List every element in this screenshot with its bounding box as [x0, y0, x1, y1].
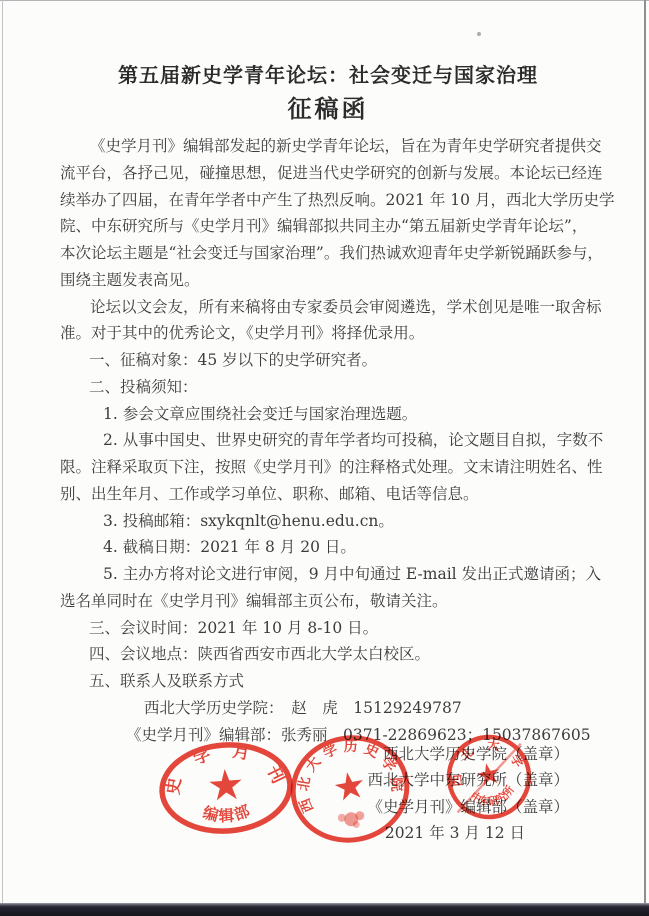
line-flush: 选名单同时在《史学月刊》编辑部主页公布，敬请关注。	[60, 588, 596, 615]
line-indent2: 论坛以文会友，所有来稿将由专家委员会审阅遴选，学术创见是唯一取舍标	[60, 294, 596, 321]
line-sub: 1. 参会文章应围绕社会变迁与国家治理选题。	[60, 401, 596, 428]
scan-bottom-shadow	[0, 903, 649, 916]
scan-top-edge	[0, 0, 649, 1]
line-flush: 围绕主题发表高见。	[60, 267, 596, 294]
line-flush: 流平台，各抒己见，碰撞思想，促进当代史学研究的创新与发展。本论坛已经连	[60, 160, 596, 187]
line-title2: 征稿函	[60, 93, 596, 126]
line-sub: 5. 主办方将对论文进行审阅，9 月中旬通过 E-mail 发出正式邀请函；入	[60, 561, 596, 588]
line-sub: 4. 截稿日期：2021 年 8 月 20 日。	[60, 534, 596, 561]
line-flush: 院、中东研究所与《史学月刊》编辑部拟共同主办“第五届新史学青年论坛”，	[60, 213, 596, 240]
line-sign: 西北大学中东研究所（盖章）	[60, 767, 596, 793]
line-indent2: 《史学月刊》编辑部发起的新史学青年论坛，旨在为青年史学研究者提供交	[60, 133, 596, 160]
scan-right-edge	[644, 0, 646, 904]
line-flush: 限。注释采取页下注，按照《史学月刊》的注释格式处理。文末请注明姓名、性	[60, 454, 596, 481]
line-sec: 三、会议时间：2021 年 10 月 8-10 日。	[60, 615, 596, 642]
line-sec: 二、投稿须知：	[60, 374, 596, 401]
line-contact: 西北大学历史学院： 赵 虎 15129249787	[60, 695, 596, 722]
document-lines: 第五届新史学青年论坛：社会变迁与国家治理征稿函《史学月刊》编辑部发起的新史学青年…	[60, 60, 596, 846]
line-sec: 五、联系人及联系方式	[60, 668, 596, 695]
line-flush: 本次论坛主题是“社会变迁与国家治理”。我们热诚欢迎青年史学新锐踊跃参与，	[60, 240, 596, 267]
line-flush: 准。对于其中的优秀论文，《史学月刊》将择优录用。	[60, 320, 596, 347]
scan-speck	[477, 32, 481, 36]
scanned-page: 第五届新史学青年论坛：社会变迁与国家治理征稿函《史学月刊》编辑部发起的新史学青年…	[0, 0, 649, 916]
line-flush: 续举办了四届，在青年学者中产生了热烈反响。2021 年 10 月，西北大学历史学	[60, 187, 596, 214]
line-sec: 一、征稿对象：45 岁以下的史学研究者。	[60, 347, 596, 374]
line-flush: 别、出生年月、工作或学习单位、职称、邮箱、电话等信息。	[60, 481, 596, 508]
line-sign: 《史学月刊》编辑部（盖章）	[60, 794, 596, 820]
line-sub: 3. 投稿邮箱：sxykqnlt@henu.edu.cn。	[60, 508, 596, 535]
scan-left-edge	[2, 0, 3, 903]
line-sign-date: 2021 年 3 月 12 日	[60, 820, 596, 846]
line-sub: 2. 从事中国史、世界史研究的青年学者均可投稿，论文题目自拟，字数不	[60, 427, 596, 454]
line-title1: 第五届新史学青年论坛：社会变迁与国家治理	[60, 60, 596, 90]
line-sec: 四、会议地点：陕西省西安市西北大学太白校区。	[60, 641, 596, 668]
